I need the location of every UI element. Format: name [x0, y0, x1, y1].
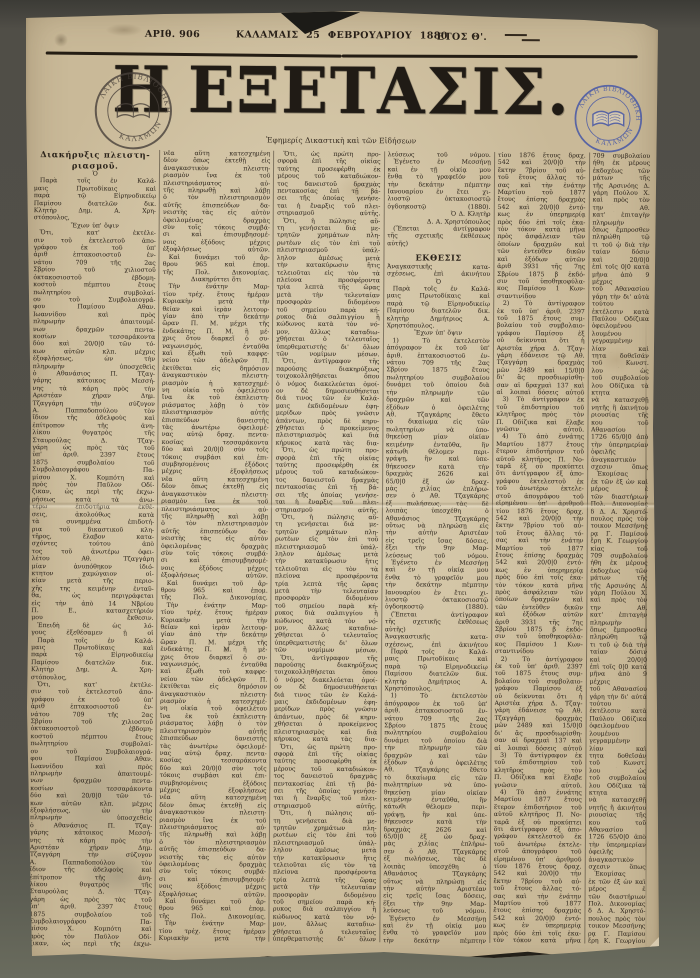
- column-5: τίου 1876 ἔτους δραχ.542 καὶ 20/0|0 τὴνἔ…: [493, 152, 586, 952]
- text-line: δ Δ. Α. Χρηστό-: [588, 908, 645, 916]
- page-content: ΑΡΙθ. 906 ΚΑΛΑΜΑΙΣ 25 ΦΕΒΡΟΥΑΡΙΟΥ 1880 Ε…: [18, 6, 660, 968]
- year-label: ΕΤΟΣ Θ'.: [437, 32, 487, 43]
- text-line: ἀριθ 3931 τῆς 7ης: [497, 263, 585, 271]
- column-3: Ὅτι, ὡς πρώτη προ-σφορὰ ἐπὶ τῆς οἰκίαςτα…: [273, 151, 381, 951]
- text-line: κλητῆρος πρὸς τὸν: [496, 411, 584, 419]
- text-line: δραχμῶν καὶ τῶν: [386, 396, 489, 404]
- text-line: τοιχοκολληθήσεται ὅπου: [276, 373, 379, 381]
- text-line: Κυριακὴν μετὰ τὴν: [159, 935, 266, 943]
- ink-dash-artifact: [505, 34, 527, 36]
- library-stamp-icon-right: ΛΑΪΚΗ ΒΙΒΛΙΟΘΗΚΗ ΚΑΛΑΜΩΝ: [573, 83, 643, 153]
- scanned-newspaper-photo: { "page": { "issue_label": "ΑΡΙθ. 906", …: [0, 0, 700, 978]
- text-line: Παμίσου διατελῶν δικ.: [387, 307, 490, 315]
- text-line: ἔκτην 7βρίου τοῦ αὐ-: [496, 522, 584, 530]
- text-line: μάτων τῆς Αριστέας: [593, 175, 650, 183]
- text-line: σας καὶ τὴν ἐνάτην: [495, 537, 583, 545]
- text-line: τοῦ Κωνστ. Φωτοπού-: [589, 760, 646, 768]
- text-line: ἐξοφλήσεως αὐτῶν.: [161, 572, 268, 580]
- text-line: ἑνδεκάτης Π. Μ. ἢ μέ-: [160, 646, 267, 654]
- text-line: Ἐκομίσας τούτων: [588, 871, 645, 879]
- text-line: τοικον Μεσσήνης: [590, 523, 647, 531]
- text-line: τος δανειστοῦ δραχμὰς: [274, 773, 377, 781]
- text-line: τοῦ Αθανασίου Τζαγ-: [589, 686, 646, 694]
- text-line: μετὰ τὴν τελευταίαν: [273, 884, 376, 892]
- text-line: τοῦ ἔτους ἄλλας τό-: [498, 174, 586, 182]
- text-line: μῆνα ἀπὸ 9 Μαρτίου 1877: [590, 671, 647, 679]
- text-line: τοῦ ἀνωτέρω ἐκτελε-: [496, 485, 584, 493]
- text-line: τοῦ συμβολαίου Παύ-: [589, 775, 646, 783]
- text-line: ληλον ἀμέσως μετὰ: [273, 847, 376, 855]
- text-line: Ἀναγκαστικῆς κατα-: [385, 633, 488, 641]
- text-line: τοικον Μεσσήνης: [588, 923, 645, 931]
- text-line: σαν αἱ δραχμαὶ 137 καὶ: [494, 737, 582, 745]
- text-line: ΕΚΘΕΣΙΣ: [387, 253, 490, 264]
- column-4: λεύσεως τοῦ νόμου.Ἐγένετο ἐν Μεσσήνῃκαὶ …: [383, 151, 491, 951]
- text-line: θηκεύσῃ μίαν οἰκίαν: [386, 433, 489, 441]
- text-line: ἕτερον ἐπιδοτήριον τοῦ: [496, 448, 584, 456]
- text-line: ἀπόγραφον ἐκ τοῦ ὑπ': [386, 345, 489, 353]
- text-line: ήθη ἐκ μέρους τοῦ: [590, 560, 647, 568]
- text-line: Π. Οδίζικα καὶ ἔλαβε: [494, 774, 582, 782]
- text-line: τῶν ἐντεῦθεν δικῶν: [497, 248, 585, 256]
- text-line: Διακήρυξις πλειστη-: [34, 149, 156, 160]
- text-line: χθήσεται ὁ τελευταῖος: [276, 336, 379, 344]
- text-line: πωλητηρίων νὰ ὑπο-: [384, 781, 487, 789]
- text-line: τὴν κατακύρωσιν ἥτις: [277, 262, 380, 270]
- text-line: ον δὲ δημοσιευθήσεται: [274, 684, 377, 692]
- text-line: τοῦ ἐπιδοτηρίου τοῦ: [494, 759, 582, 767]
- text-line: δραχμὰς 2626 καὶ: [386, 470, 489, 478]
- text-line: ἐπισπεύδων δανειστὴς: [160, 735, 267, 743]
- text-line: μέρος ἐ ἐργηθείσθη: [588, 886, 645, 894]
- text-line: Αθανάσιος Τζαγκάρης: [383, 870, 486, 878]
- text-line: ταίαν δόσιν δραχ. 542: [590, 649, 647, 657]
- column-6: 709 συμβολαίου ἐποι-ήθη ἐκ μέρους τοῦἐκδ…: [588, 153, 650, 952]
- text-line: ρωτέων εἰς τὸν ἐπὶ τοῦ: [275, 536, 378, 544]
- text-line: θα, ὡς περιγράφεται: [31, 592, 153, 600]
- text-line: κατ' ἐπιταγὴν πρὸς: [590, 612, 647, 620]
- text-line: ἐπὶ τοῖς 0|0 κατὰ: [592, 264, 649, 272]
- text-line: πλείονα προσφέροντα: [275, 573, 378, 581]
- text-line: αὐτῆς ἐπισπεύδων δα-: [159, 846, 266, 854]
- text-line: γεγραμμένην παραγγε-: [589, 738, 646, 746]
- text-line: δύο καὶ 20/0|0 τῶν τό-: [30, 792, 152, 800]
- text-line: οὗ δείκνυται ὅτι ἡ: [497, 337, 585, 345]
- text-line: λοιπὰς ὑπεσχέθη ὁ: [385, 507, 488, 515]
- text-line: ταίαν δόσιν δραχ. 542: [592, 249, 649, 257]
- text-line: τοῦ ἔτους ἄλλας τό-: [493, 885, 581, 893]
- text-line: γράφου Παμίσου ἐξ: [495, 685, 583, 693]
- dateline: ΚΑΛΑΜΑΙΣ 25 ΦΕΒΡΟΥΑΡΙΟΥ 1880: [24, 28, 660, 43]
- text-line: ὀγδοηκοστῷ (1880).: [387, 203, 490, 211]
- text-line: ἔρη Κ. Γεωργίου Βου-: [590, 538, 647, 546]
- article-columns: Διακήρυξις πλειστη-ριασμοῦ.ὉΠαρὰ τοῖς ἐν…: [29, 149, 650, 952]
- text-line: κος Παμίσου 1 Κων-: [497, 285, 585, 293]
- text-line: στοῦ ἀπογράφου τοῦ: [494, 848, 582, 856]
- text-line: τὴν δεκάτην πέμπτην: [383, 937, 486, 945]
- text-line: 2) Τὸ ἀντίγραφον: [497, 300, 585, 308]
- text-line: χρις ὅτου διαρκεῖ ὁ συ-: [162, 335, 269, 343]
- text-line: πληρωμὴν ἀπαιτουμέ-: [33, 318, 155, 326]
- text-line: νοις ἐξόδοις μέχρις: [159, 883, 266, 891]
- text-line: νὰ κατασχεθῇ τῆς κι-: [589, 797, 646, 805]
- text-line: ἐξοφλήσεως, ὧν τὴν: [33, 355, 155, 363]
- text-line: ριουσίας τῆς ἐνυποθή-: [591, 412, 648, 420]
- paper-crease: [645, 308, 647, 958]
- text-line: Ὅτι, ἡ πώλησις αὕ-: [273, 810, 376, 818]
- text-line: καὶ πρὸς τὸν ὀφειλέ-: [592, 197, 649, 205]
- text-line: καὶ ἐξόδων αὐτῶν: [495, 611, 583, 619]
- text-line: εἰρημένου ὑπ' ἀριθμοῦ: [496, 500, 584, 508]
- text-line: κως ἐν ὑπερημερίᾳ: [493, 922, 581, 930]
- text-line: ριουσίας τῆς ἐνυποθή-: [589, 812, 646, 820]
- text-line: Παμίσου διατελῶν δικ.: [384, 670, 487, 678]
- text-line: τῶν νομίμων μέσων.: [274, 647, 377, 655]
- text-line: καὶ πρὸς τὸν ὀφειλέ-: [590, 597, 647, 605]
- text-line: πληρώθη τῷ ἐκδοχεῖ: [590, 634, 647, 642]
- text-line: κως ἐν ὑπερημερίᾳ: [497, 211, 585, 219]
- text-line: νὰ κατασχεθῇ τῆς κι-: [591, 397, 648, 405]
- text-line: ζικαν, ὡς περὶ τῆς ἐκχω-: [29, 940, 151, 948]
- newspaper-page: ΑΡΙθ. 906 ΚΑΛΑΜΑΙΣ 25 ΦΕΒΡΟΥΑΡΙΟΥ 1880 Ε…: [24, 8, 660, 966]
- text-line: γεγραμμένην παραγγε-: [592, 338, 649, 346]
- text-line: πλειστηριασμὸν αὐτῆς: [162, 409, 269, 417]
- text-line: ὀφειλῆς ἐπισπεύδων: [591, 449, 648, 457]
- text-line: ρυκος διὰ σαλπιγγίου ἢ: [275, 610, 378, 618]
- text-line: μῶν 2489 καὶ 15/0|0: [494, 722, 582, 730]
- text-line: ριασμοῦ.: [34, 160, 156, 171]
- text-line: ὀφειλομένου δραχ. 542: [589, 723, 646, 731]
- text-line: πρὸς δύο ἐπὶ τοῖς ἑκα-: [495, 574, 583, 582]
- text-line: ὀφειλομένου δραχ. 542: [592, 323, 649, 331]
- text-line: 1726 65/0|0 ἀπὸ: [589, 834, 646, 842]
- text-line: ἕξει τὴν 9ην Μαρ-: [385, 544, 488, 552]
- text-line: ἀναγκαστικὸν πλειστη-: [162, 372, 269, 380]
- text-line: τοῦ συμβολαίου Παύ-: [591, 375, 648, 383]
- text-line: τὴν δεκάτην πέμπτην: [385, 582, 488, 590]
- text-line: προσφορὰν διδομένου: [277, 299, 380, 307]
- text-line: μερίδων πρὸς γνῶσιν: [276, 410, 379, 418]
- text-line: αὐτοῦ κλητῆρος Π. Νο-: [494, 811, 582, 819]
- text-line: κήρυκος κατὰ τὰς δια-: [274, 736, 377, 744]
- text-line: λέτου Αθ. Τζαγγάρη: [32, 555, 154, 563]
- library-stamp-icon-left: ΛΑΪΚΗ ΒΙΒΛΙΟΘΗΚΗ ΚΑΛΑΜΩΝ: [93, 70, 173, 150]
- text-line: ήθη ἐκ μέρους τοῦ: [593, 160, 650, 168]
- text-line: Ὅτι, ὡς πρώτη προ-: [276, 447, 379, 455]
- text-line: ἔρη Κ. Γεωργίου Βου-: [588, 938, 645, 946]
- text-line: φου Παμίσου Αθαν.: [30, 755, 152, 763]
- text-line: ἔνθα τὸ γραφεῖόν μου: [387, 173, 490, 181]
- text-line: κατ' ἐπιταγὴν πρὸς: [592, 212, 649, 220]
- text-line: σχέσεως, ἐπὶ ἀκινήτου: [387, 270, 490, 278]
- text-line: ἀριθ. ἑπτακοσιοστοῦ ἐν-: [384, 707, 487, 715]
- text-line: μον, ἄλλως καταδιω-: [273, 921, 376, 929]
- text-line: 1726 65/0|0 ἀπὸ: [591, 434, 648, 442]
- text-line: γάρης κάτοικος Μεσσή-: [30, 829, 152, 837]
- text-line: τοῦ Αθανασίου Τζαγ-: [592, 286, 649, 294]
- text-line: τούτου ἀναγκαστικὴν: [592, 301, 649, 309]
- text-line: μάτων τῆς Αριστέας: [590, 575, 647, 583]
- text-line: μέρος ἐ ἐργηθείσθη: [591, 486, 648, 494]
- text-line: τόκοις συμβάσι καὶ ἐπι-: [160, 772, 267, 780]
- text-line: ὑπερθεματιστὴς δι' ὅλων: [273, 936, 376, 944]
- text-line: Κυριακὴν μετὰ τὴν: [162, 298, 269, 306]
- text-line: τὴν πληρωμὴν τῶν: [384, 744, 487, 752]
- text-line: ριασμὸν ἵνα ἐκ τοῦ: [161, 498, 268, 506]
- text-line: τοῦ Κωνστ. Φωτοπού-: [591, 360, 648, 368]
- text-line: μέρους τοῦ καταδιώκον-: [277, 173, 380, 181]
- text-line: λεύσεως τοῦ νόμου.: [383, 907, 486, 915]
- text-line: Πολ. Δικονομίας ὁ: [591, 501, 648, 509]
- text-line: ται ἡ ἔναρξις τοῦ πλει-: [275, 499, 378, 507]
- column-2: νέα αὕτη κατεσχημένηδέον ὅπως ἐκτεθῇ εἰς…: [159, 150, 271, 950]
- text-line: τὸν τόκον κατὰ μῆνα: [493, 937, 581, 945]
- text-line: δι' ἃς προσδιωρίσθη-: [496, 374, 584, 382]
- text-line: τὰ συνημμένα ἐπιδοτή-: [32, 518, 154, 526]
- ink-dash-artifact: [522, 39, 540, 41]
- text-line: θρου 965 καὶ ἑπομ.: [163, 261, 270, 269]
- text-line: νειστὴς τὰς εἰς αὐτὸν: [161, 535, 268, 543]
- header-row: ΑΡΙθ. 906 ΚΑΛΑΜΑΙΣ 25 ΦΕΒΡΟΥΑΡΙΟΥ 1880 Ε…: [24, 28, 660, 46]
- text-line: κοστοῦ πέμπτου ἔτους: [33, 281, 155, 289]
- text-line: θήκευσεν κατὰ τὴν: [384, 819, 487, 827]
- text-line: ριασμὸν ἵνα ἐκ τοῦ: [163, 172, 270, 180]
- text-line: τίου τρέχ. ἔτους ἡμέραν: [161, 609, 268, 617]
- text-line: ἀναγκαστικὸν πλειστη-: [159, 809, 266, 817]
- column-1: Διακήρυξις πλειστη-ριασμοῦ.ὉΠαρὰ τοῖς ἐν…: [29, 149, 156, 949]
